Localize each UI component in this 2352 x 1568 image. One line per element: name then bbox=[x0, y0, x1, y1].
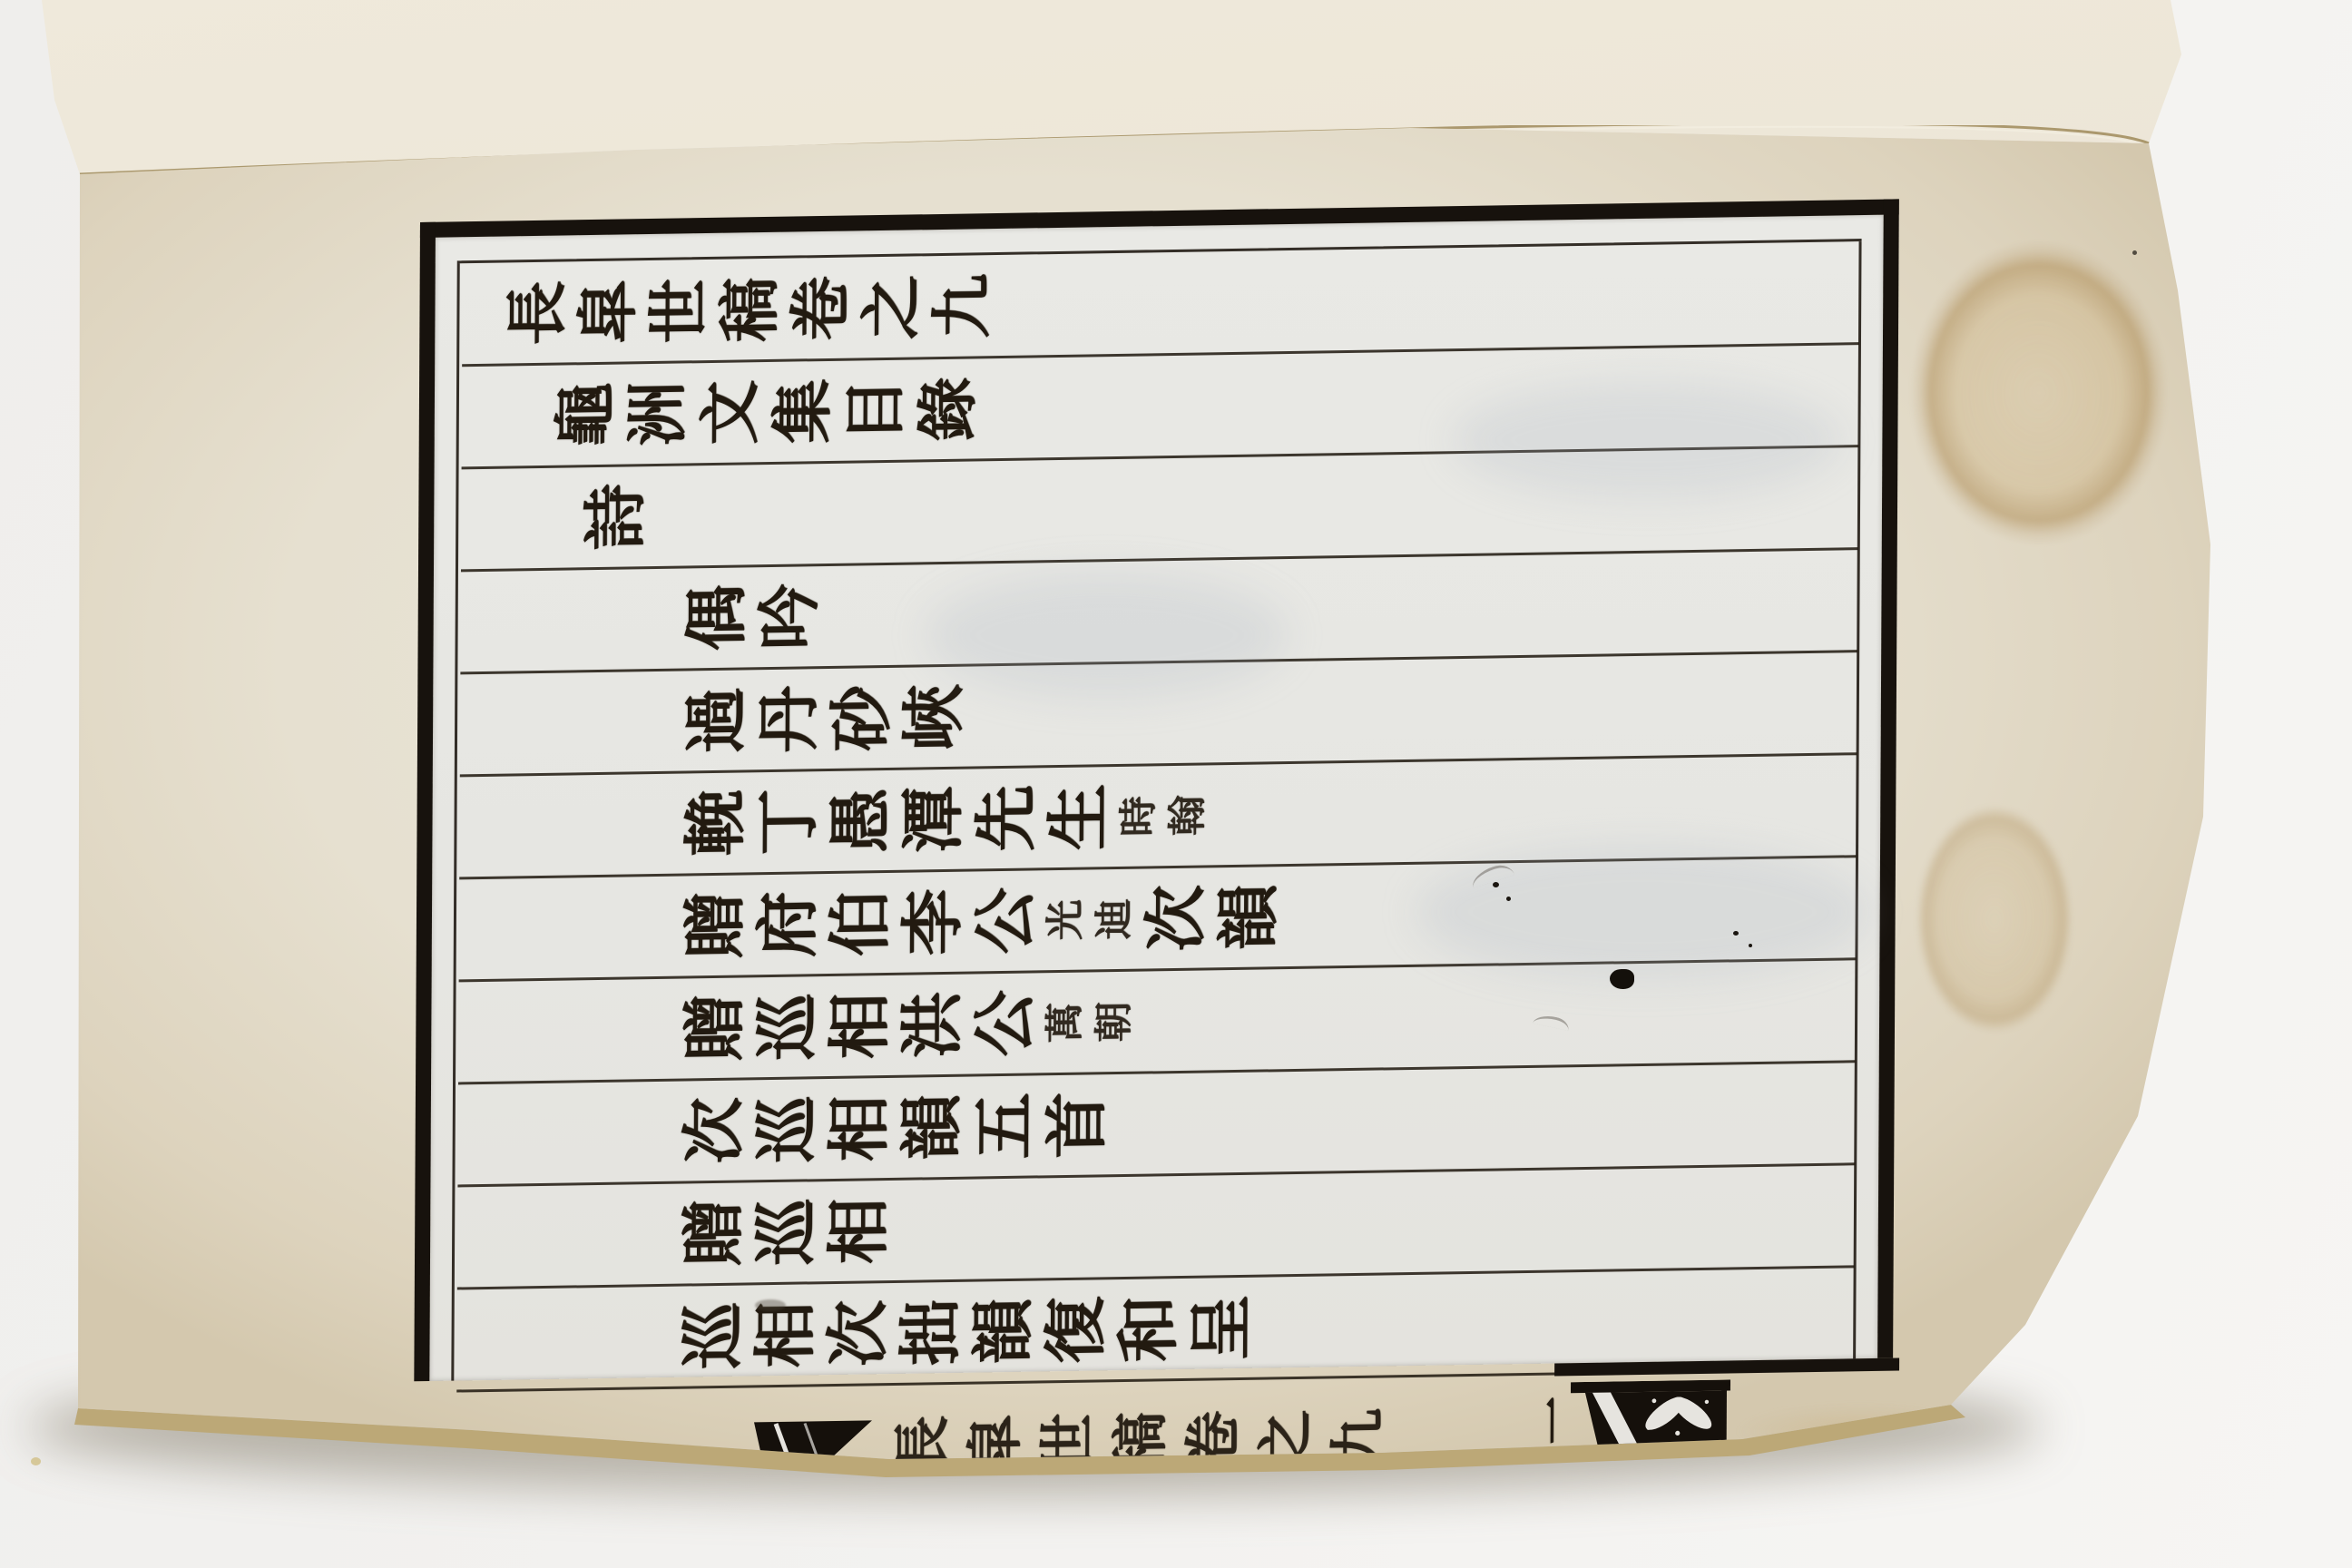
section-header: 詩 bbox=[461, 480, 652, 555]
show-through-haze bbox=[926, 572, 1289, 699]
ink-speck bbox=[1733, 931, 1739, 936]
tea-stain-large bbox=[1889, 216, 2189, 570]
ink-smudge bbox=[755, 1299, 786, 1311]
ink-speck bbox=[2132, 250, 2137, 255]
ink-speck bbox=[1493, 882, 1499, 887]
entry-title: 次巡相韻五首 bbox=[458, 1088, 1113, 1171]
entry-title: 贈府伯李公 bbox=[459, 884, 1042, 965]
entry-title: 巡相次拙韻復和呈 bbox=[456, 1291, 1257, 1377]
show-through-haze bbox=[1416, 844, 1869, 980]
entry-name-annotation: 光迪 bbox=[1042, 895, 1140, 946]
entry-title: 贈巡相 bbox=[457, 1194, 895, 1274]
show-through-haze bbox=[1452, 381, 1842, 499]
ink-speck bbox=[1749, 944, 1752, 947]
backdrop-speck bbox=[31, 1457, 41, 1465]
entry-title: 過丹砂峽 bbox=[460, 681, 970, 761]
tea-stain-small bbox=[1904, 788, 2085, 1051]
entry-title: 贈巡相洪公 bbox=[458, 986, 1041, 1068]
ink-speck bbox=[1506, 897, 1511, 901]
entry-title-suffix: 次韻 bbox=[1140, 880, 1285, 955]
entry-name-annotation: 時翰 bbox=[1114, 790, 1212, 841]
entry-title: 偶吟 bbox=[460, 580, 825, 658]
photo-of-woodblock-book: 長皐世稿卷之九 龜洲文集目錄 詩 偶吟 過丹砂峽 輓丁愚潭先生 時翰 bbox=[0, 0, 2352, 1568]
printed-frame: 長皐世稿卷之九 龜洲文集目錄 詩 偶吟 過丹砂峽 輓丁愚潭先生 時翰 bbox=[414, 199, 1898, 1381]
volume-title: 長皐世稿卷之九 bbox=[462, 270, 997, 349]
book-page: 長皐世稿卷之九 龜洲文集目錄 詩 偶吟 過丹砂峽 輓丁愚潭先生 時翰 bbox=[0, 0, 2352, 1568]
collection-title: 龜洲文集目錄 bbox=[462, 372, 985, 453]
ink-blot bbox=[1610, 969, 1634, 989]
entry-title: 輓丁愚潭先生 bbox=[459, 780, 1114, 863]
entry-name-annotation: 萬朝 bbox=[1041, 997, 1139, 1048]
